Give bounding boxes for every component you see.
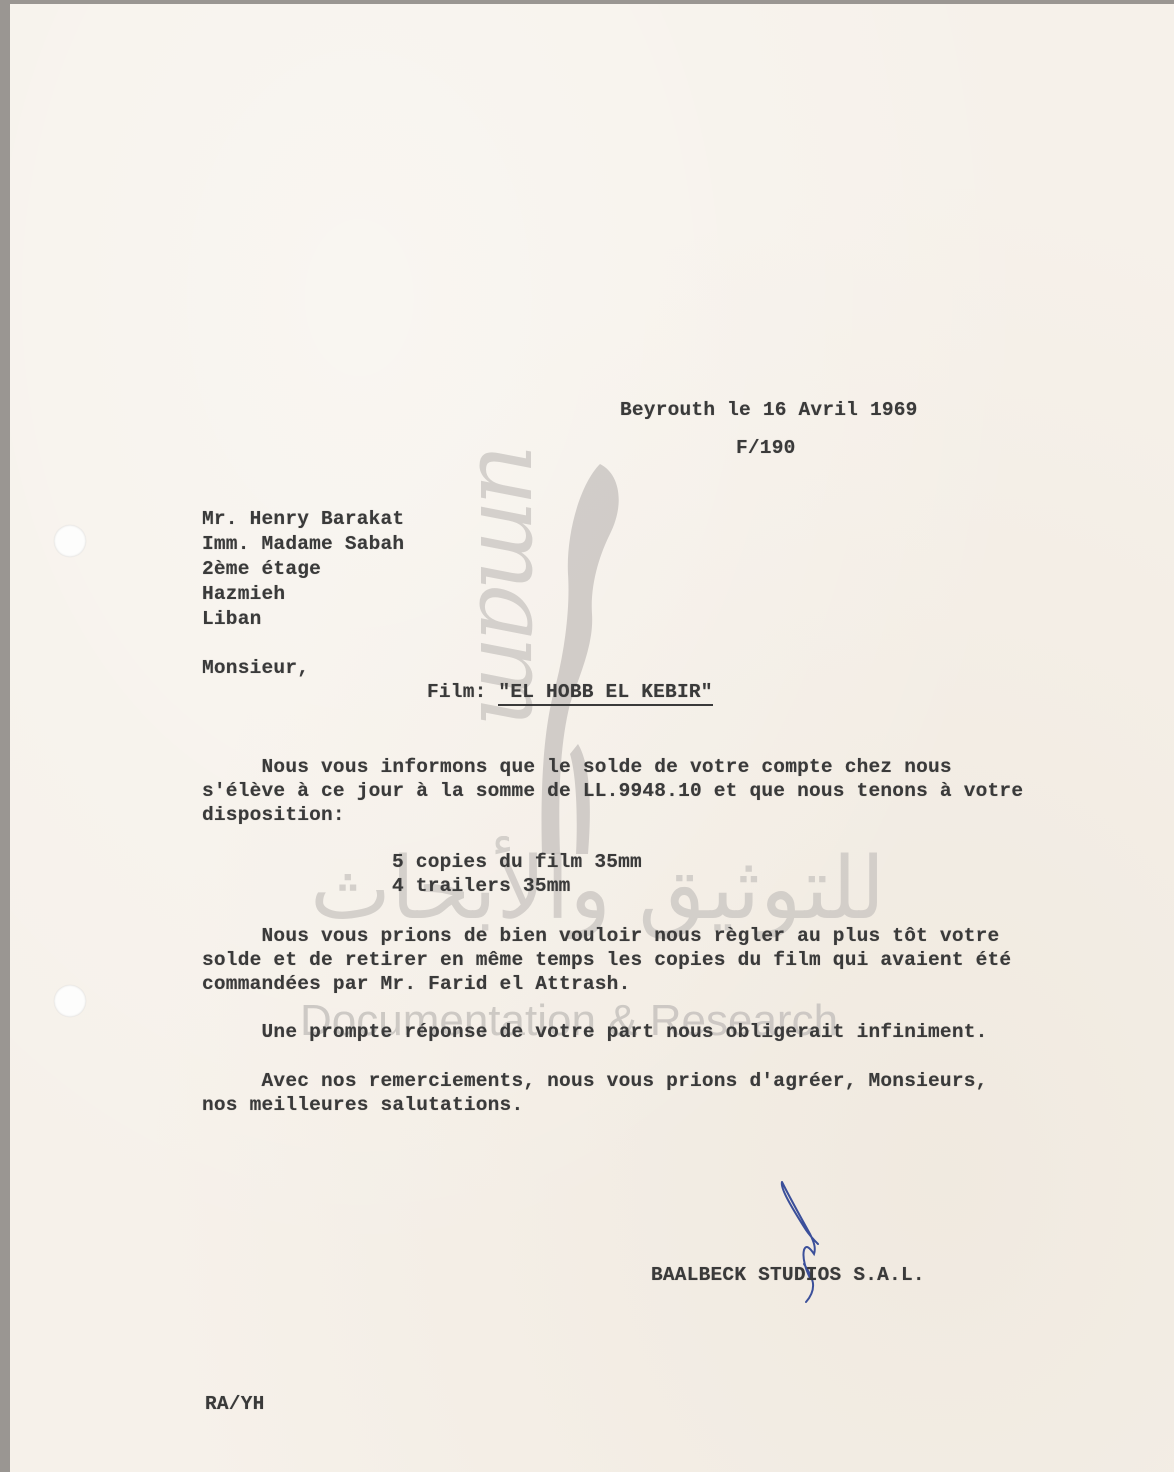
paragraph-line: Nous vous informons que le solde de votr… <box>202 755 952 779</box>
punch-hole-bottom <box>54 985 86 1017</box>
address-line: 2ème étage <box>202 557 321 581</box>
subject-prefix: Film: <box>427 681 498 703</box>
paragraph-line: solde et de retirer en même temps les co… <box>202 948 1011 972</box>
subject-line: Film: "EL HOBB EL KEBIR" <box>427 680 713 704</box>
paragraph-line: commandées par Mr. Farid el Attrash. <box>202 972 630 996</box>
paragraph-line: disposition: <box>202 803 345 827</box>
paragraph-prompt-reply: Une prompte réponse de votre part nous o… <box>202 1020 988 1044</box>
closing-line: nos meilleures salutations. <box>202 1093 523 1117</box>
address-line: Liban <box>202 607 262 631</box>
paragraph-line: Nous vous prions de bien vouloir nous rè… <box>202 924 999 948</box>
address-line: Mr. Henry Barakat <box>202 507 404 531</box>
reference-number: F/190 <box>736 436 796 460</box>
list-item: 5 copies du film 35mm <box>392 850 642 874</box>
signatory-company: BAALBECK STUDIOS S.A.L. <box>651 1263 925 1287</box>
list-item: 4 trailers 35mm <box>392 874 571 898</box>
salutation: Monsieur, <box>202 656 309 680</box>
paragraph-line: s'élève à ce jour à la somme de LL.9948.… <box>202 779 1023 803</box>
punch-hole-top <box>54 525 86 557</box>
address-line: Imm. Madame Sabah <box>202 532 404 556</box>
address-line: Hazmieh <box>202 582 285 606</box>
closing-line: Avec nos remerciements, nous vous prions… <box>202 1069 988 1093</box>
letter-page: umam للتوثيق والأبحاث Documentation & Re… <box>10 4 1174 1472</box>
place-date: Beyrouth le 16 Avril 1969 <box>620 398 918 422</box>
film-title: "EL HOBB EL KEBIR" <box>498 681 712 706</box>
typist-initials: RA/YH <box>205 1392 265 1416</box>
